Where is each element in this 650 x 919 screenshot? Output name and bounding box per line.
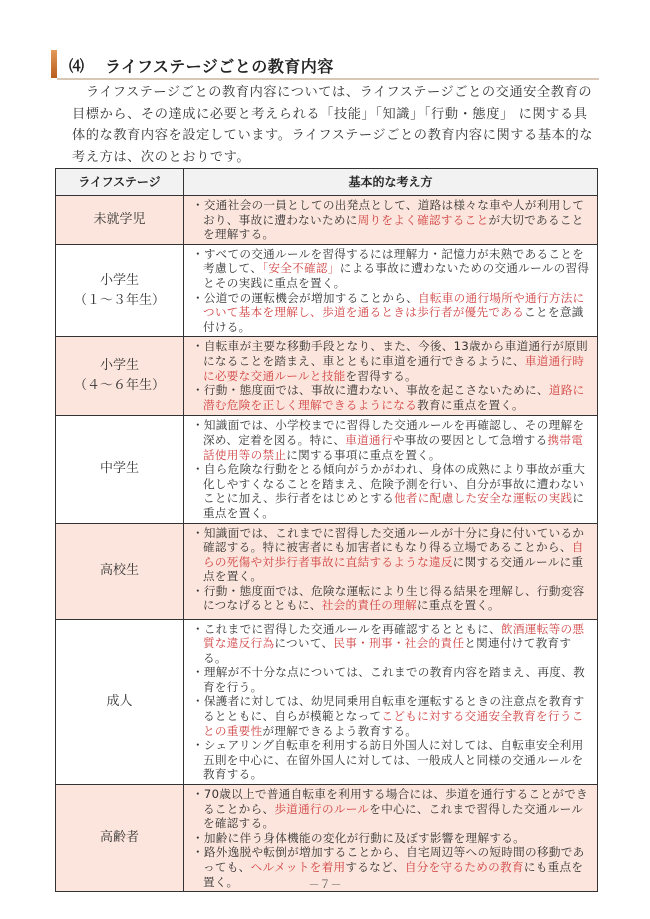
highlighted-text: 社会的責任の理解 — [322, 598, 417, 612]
body-text: が理解できるよう教育する。 — [262, 724, 417, 738]
approach-cell: ・すべての交通ルールを習得するには理解力・記憶力が未熟であることを考慮して、「安… — [184, 244, 598, 337]
life-stage-table: ライフステージ 基本的な考え方 未就学児・交通社会の一員としての出発点として、道… — [55, 168, 598, 892]
body-text: や事故の要因として急増する — [393, 433, 548, 447]
bullet-item: ・知識面では、これまでに習得した交通ルールが十分に身に付いているか確認する。特に… — [192, 526, 591, 584]
bullet-item: ・加齢に伴う身体機能の変化が行動に及ぼす影響を理解する。 — [192, 831, 591, 846]
bullet-item: ・理解が不十分な点については、これまでの教育内容を踏まえ、再度、教育を行う。 — [192, 665, 591, 694]
bullet-item: ・保護者に対しては、幼児同乗用自転車を運転するときの注意点を教育するとともに、自… — [192, 694, 591, 738]
stage-cell: 高校生 — [56, 523, 184, 619]
body-text: するなど、 — [345, 860, 404, 874]
stage-cell: 未就学児 — [56, 196, 184, 245]
body-text: ・加齢に伴う身体機能の変化が行動に及ぼす影響を理解する。 — [192, 831, 525, 845]
approach-cell: ・これまでに習得した交通ルールを再確認するとともに、飲酒運転等の悪質な違反行為に… — [184, 619, 598, 785]
body-text: ・公道での運転機会が増加することから、 — [192, 291, 418, 305]
bullet-item: ・行動・態度面では、危険な運転により生じ得る結果を理解し、行動変容につなげるとと… — [192, 584, 591, 613]
bullet-item: ・すべての交通ルールを習得するには理解力・記憶力が未熟であることを考慮して、「安… — [192, 247, 591, 291]
section-number: ⑷ — [69, 55, 84, 76]
body-text: 教育に重点を置く。 — [417, 398, 524, 412]
table-row: 中学生・知識面では、小学校までに習得した交通ルールを再確認し、その理解を深め、定… — [56, 416, 598, 523]
body-text: ・知識面では、これまでに習得した交通ルールが十分に身に付いているか確認する。特に… — [192, 526, 584, 555]
body-text: ・シェアリング自転車を利用する訪日外国人に対しては、自転車安全利用五則を中心に、… — [192, 738, 584, 781]
highlighted-text: 他者に配慮した安全な運転の実践 — [394, 491, 572, 505]
table-body: 未就学児・交通社会の一員としての出発点として、道路は様々な車や人が利用しており、… — [56, 196, 598, 892]
stage-cell: 中学生 — [56, 416, 184, 523]
heading-accent-bar — [51, 50, 57, 78]
highlighted-text: 自分を守るための教育 — [405, 860, 524, 874]
body-text: ・理解が不十分な点については、これまでの教育内容を踏まえ、再度、教育を行う。 — [192, 665, 585, 694]
body-text: について、 — [274, 636, 333, 650]
body-text: に関する事項に重点を置く。 — [286, 448, 440, 462]
table-row: 高校生・知識面では、これまでに習得した交通ルールが十分に身に付いているか確認する… — [56, 523, 598, 619]
approach-cell: ・知識面では、小学校までに習得した交通ルールを再確認し、その理解を深め、定着を図… — [184, 416, 598, 523]
highlighted-text: 周りをよく確認すること — [358, 213, 489, 227]
table-row: 小学生（４～６年生）・自転車が主要な移動手段となり、また、今後、13歳から車道通… — [56, 337, 598, 416]
bullet-item: ・知識面では、小学校までに習得した交通ルールを再確認し、その理解を深め、定着を図… — [192, 418, 591, 462]
body-text: に重点を置く。 — [417, 598, 500, 612]
bullet-item: ・行動・態度面では、事故に遭わない、事故を起こさないために、道路に潜む危険を正し… — [192, 383, 591, 412]
bullet-item: ・交通社会の一員としての出発点として、道路は様々な車や人が利用しており、事故に遭… — [192, 198, 591, 242]
section-title: ライフステージごとの教育内容 — [105, 54, 334, 77]
bullet-item: ・シェアリング自転車を利用する訪日外国人に対しては、自転車安全利用五則を中心に、… — [192, 738, 591, 782]
table-row: 未就学児・交通社会の一員としての出発点として、道路は様々な車や人が利用しており、… — [56, 196, 598, 245]
highlighted-text: 「安全不確認」 — [262, 261, 339, 275]
bullet-item: ・自転車が主要な移動手段となり、また、今後、13歳から車道通行が原則になることを… — [192, 339, 591, 383]
table-row: 小学生（１～３年生）・すべての交通ルールを習得するには理解力・記憶力が未熟である… — [56, 244, 598, 337]
body-text: ・行動・態度面では、事故に遭わない、事故を起こさないために、 — [192, 383, 549, 397]
stage-cell: 成人 — [56, 619, 184, 785]
bullet-item: ・自ら危険な行動をとる傾向がうかがわれ、身体の成熟により事故が重大化しやすくなる… — [192, 462, 591, 520]
highlighted-text: 民事・刑事・社会的責任 — [333, 636, 464, 650]
stage-cell: 小学生（４～６年生） — [56, 337, 184, 416]
bullet-item: ・公道での運転機会が増加することから、自転車の通行場所や通行方法について基本を理… — [192, 291, 591, 335]
intro-paragraph: ライフステージごとの教育内容については、ライフステージごとの交通安全教育の目標か… — [72, 82, 600, 168]
column-header-stage: ライフステージ — [56, 169, 184, 196]
table-row: 成人・これまでに習得した交通ルールを再確認するとともに、飲酒運転等の悪質な違反行… — [56, 619, 598, 785]
body-text: ・これまでに習得した交通ルールを再確認するとともに、 — [192, 622, 501, 636]
bullet-item: ・70歳以上で普通自転車を利用する場合には、歩道を通行することができることから、… — [192, 787, 591, 831]
body-text: を習得する。 — [346, 369, 417, 383]
highlighted-text: ヘルメットを着用 — [251, 860, 346, 874]
section-heading: ⑷ ライフステージごとの教育内容 — [51, 50, 599, 80]
stage-cell: 小学生（１～３年生） — [56, 244, 184, 337]
highlighted-text: 車道通行 — [345, 433, 393, 447]
heading-underline — [57, 78, 599, 80]
page-number: －７－ — [0, 876, 650, 892]
approach-cell: ・自転車が主要な移動手段となり、また、今後、13歳から車道通行が原則になることを… — [184, 337, 598, 416]
approach-cell: ・交通社会の一員としての出発点として、道路は様々な車や人が利用しており、事故に遭… — [184, 196, 598, 245]
column-header-approach: 基本的な考え方 — [184, 169, 598, 196]
approach-cell: ・知識面では、これまでに習得した交通ルールが十分に身に付いているか確認する。特に… — [184, 523, 598, 619]
table-header-row: ライフステージ 基本的な考え方 — [56, 169, 598, 196]
bullet-item: ・これまでに習得した交通ルールを再確認するとともに、飲酒運転等の悪質な違反行為に… — [192, 622, 591, 666]
highlighted-text: 歩道通行のルール — [274, 802, 369, 816]
